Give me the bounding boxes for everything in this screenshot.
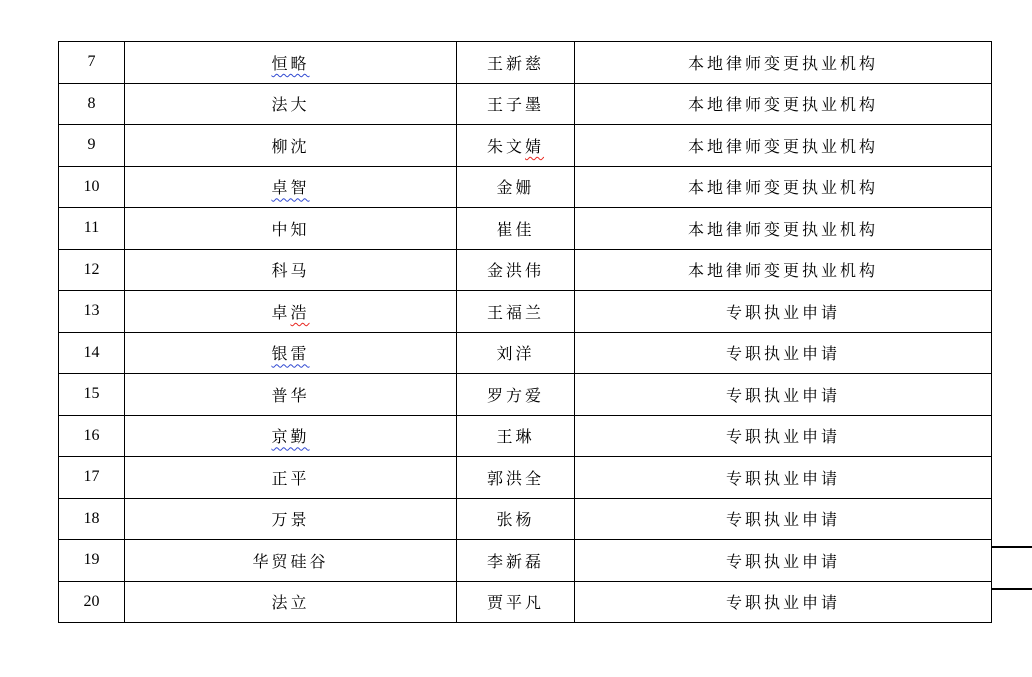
cell-application-type: 专职执业申请 <box>575 374 992 416</box>
lawyer-name-text: 婧 <box>525 139 544 156</box>
cell-firm-name: 科马 <box>125 249 457 291</box>
firm-name-text: 中知 <box>271 222 309 239</box>
table-row: 7 恒略 王新慈 本地律师变更执业机构 <box>59 42 992 84</box>
cell-firm-name: 华贸硅谷 <box>125 540 457 582</box>
cell-lawyer-name: 崔佳 <box>457 208 575 250</box>
cell-firm-name: 京勤 <box>125 415 457 457</box>
cell-lawyer-name: 王新慈 <box>457 42 575 84</box>
lawyer-name-text: 罗方爱 <box>487 388 544 405</box>
lawyer-name-text: 贾平凡 <box>487 595 544 612</box>
cell-lawyer-name: 王琳 <box>457 415 575 457</box>
cell-firm-name: 普华 <box>125 374 457 416</box>
lawyer-name-text: 朱文 <box>487 139 525 156</box>
cell-row-number: 13 <box>59 291 125 333</box>
firm-name-text: 法大 <box>271 97 309 114</box>
cell-firm-name: 恒略 <box>125 42 457 84</box>
cell-row-number: 10 <box>59 166 125 208</box>
cell-lawyer-name: 金姗 <box>457 166 575 208</box>
table-row: 12 科马 金洪伟 本地律师变更执业机构 <box>59 249 992 291</box>
firm-name-text: 华贸硅谷 <box>252 554 328 571</box>
cell-lawyer-name: 贾平凡 <box>457 581 575 623</box>
cell-application-type: 本地律师变更执业机构 <box>575 83 992 125</box>
cell-application-type: 本地律师变更执业机构 <box>575 249 992 291</box>
cell-row-number: 9 <box>59 125 125 167</box>
lawyer-name-text: 王福兰 <box>487 305 544 322</box>
table-row: 10 卓智 金姗 本地律师变更执业机构 <box>59 166 992 208</box>
table-row: 15 普华 罗方爱 专职执业申请 <box>59 374 992 416</box>
cell-firm-name: 卓浩 <box>125 291 457 333</box>
firm-name-text: 普华 <box>271 388 309 405</box>
cell-row-number: 15 <box>59 374 125 416</box>
firm-name-text: 京勤 <box>271 429 309 446</box>
table-row: 18 万景 张杨 专职执业申请 <box>59 498 992 540</box>
cell-lawyer-name: 罗方爱 <box>457 374 575 416</box>
lawyer-name-text: 金洪伟 <box>487 263 544 280</box>
cell-application-type: 专职执业申请 <box>575 581 992 623</box>
adjacent-table-rule-top <box>991 546 1032 548</box>
cell-lawyer-name: 刘洋 <box>457 332 575 374</box>
cell-application-type: 专职执业申请 <box>575 457 992 499</box>
cell-application-type: 专职执业申请 <box>575 332 992 374</box>
table-row: 8 法大 王子墨 本地律师变更执业机构 <box>59 83 992 125</box>
cell-firm-name: 银雷 <box>125 332 457 374</box>
firm-name-text: 卓 <box>271 305 290 322</box>
lawyer-name-text: 崔佳 <box>496 222 534 239</box>
cell-application-type: 本地律师变更执业机构 <box>575 166 992 208</box>
cell-row-number: 11 <box>59 208 125 250</box>
cell-row-number: 16 <box>59 415 125 457</box>
table-body: 7 恒略 王新慈 本地律师变更执业机构 8 法大 王子墨 本地律师变更执业机构 … <box>59 42 992 623</box>
cell-application-type: 专职执业申请 <box>575 540 992 582</box>
firm-name-text: 恒略 <box>271 56 309 73</box>
cell-application-type: 本地律师变更执业机构 <box>575 208 992 250</box>
cell-row-number: 7 <box>59 42 125 84</box>
lawyer-name-text: 张杨 <box>496 512 534 529</box>
firm-name-text: 科马 <box>271 263 309 280</box>
table-row: 14 银雷 刘洋 专职执业申请 <box>59 332 992 374</box>
firm-name-text: 浩 <box>291 305 310 322</box>
cell-row-number: 17 <box>59 457 125 499</box>
cell-firm-name: 法立 <box>125 581 457 623</box>
cell-application-type: 专职执业申请 <box>575 498 992 540</box>
cell-lawyer-name: 郭洪全 <box>457 457 575 499</box>
cell-firm-name: 法大 <box>125 83 457 125</box>
lawyer-name-text: 王子墨 <box>487 97 544 114</box>
cell-row-number: 14 <box>59 332 125 374</box>
firm-name-text: 银雷 <box>271 346 309 363</box>
lawyer-name-text: 李新磊 <box>487 554 544 571</box>
firm-name-text: 万景 <box>271 512 309 529</box>
lawyer-name-text: 王新慈 <box>487 56 544 73</box>
cell-lawyer-name: 王福兰 <box>457 291 575 333</box>
table-row: 19 华贸硅谷 李新磊 专职执业申请 <box>59 540 992 582</box>
lawyer-name-text: 郭洪全 <box>487 471 544 488</box>
cell-firm-name: 卓智 <box>125 166 457 208</box>
lawyer-name-text: 金姗 <box>496 180 534 197</box>
table-row: 9 柳沈 朱文婧 本地律师变更执业机构 <box>59 125 992 167</box>
cell-lawyer-name: 李新磊 <box>457 540 575 582</box>
cell-application-type: 本地律师变更执业机构 <box>575 42 992 84</box>
cell-firm-name: 中知 <box>125 208 457 250</box>
table-row: 11 中知 崔佳 本地律师变更执业机构 <box>59 208 992 250</box>
adjacent-table-rule-bottom <box>991 588 1032 590</box>
cell-row-number: 8 <box>59 83 125 125</box>
lawyer-application-table: 7 恒略 王新慈 本地律师变更执业机构 8 法大 王子墨 本地律师变更执业机构 … <box>58 41 992 623</box>
table-row: 13 卓浩 王福兰 专职执业申请 <box>59 291 992 333</box>
firm-name-text: 柳沈 <box>271 139 309 156</box>
cell-lawyer-name: 朱文婧 <box>457 125 575 167</box>
table-row: 16 京勤 王琳 专职执业申请 <box>59 415 992 457</box>
cell-firm-name: 万景 <box>125 498 457 540</box>
cell-row-number: 12 <box>59 249 125 291</box>
cell-row-number: 19 <box>59 540 125 582</box>
table-row: 17 正平 郭洪全 专职执业申请 <box>59 457 992 499</box>
table-row: 20 法立 贾平凡 专职执业申请 <box>59 581 992 623</box>
cell-lawyer-name: 金洪伟 <box>457 249 575 291</box>
cell-lawyer-name: 王子墨 <box>457 83 575 125</box>
firm-name-text: 法立 <box>271 595 309 612</box>
cell-application-type: 专职执业申请 <box>575 415 992 457</box>
cell-firm-name: 正平 <box>125 457 457 499</box>
cell-row-number: 18 <box>59 498 125 540</box>
lawyer-name-text: 刘洋 <box>496 346 534 363</box>
cell-application-type: 本地律师变更执业机构 <box>575 125 992 167</box>
cell-firm-name: 柳沈 <box>125 125 457 167</box>
cell-row-number: 20 <box>59 581 125 623</box>
cell-lawyer-name: 张杨 <box>457 498 575 540</box>
firm-name-text: 正平 <box>271 471 309 488</box>
document-page: 7 恒略 王新慈 本地律师变更执业机构 8 法大 王子墨 本地律师变更执业机构 … <box>0 0 1032 677</box>
cell-application-type: 专职执业申请 <box>575 291 992 333</box>
lawyer-name-text: 王琳 <box>496 429 534 446</box>
firm-name-text: 卓智 <box>271 180 309 197</box>
